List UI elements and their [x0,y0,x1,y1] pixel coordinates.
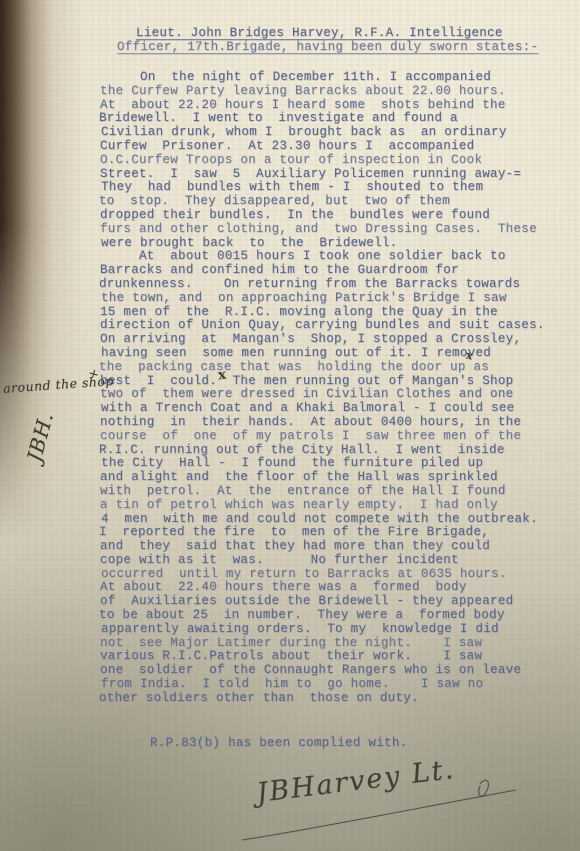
typed-line: a tin of petrol which was nearly empty. … [100,499,545,513]
typed-line: of Auxiliaries outside the Bridewell - t… [100,595,545,609]
typed-line: drunkenness. On returning from the Barra… [99,278,544,292]
typed-line: Barracks and confined him to the Guardro… [100,264,545,278]
typed-line: Officer, 17th.Brigade, having been duly … [117,41,538,55]
typed-line: with petrol. At the entrance of the Hall… [100,485,545,499]
typed-line: They had bundles with them - I shouted t… [101,181,546,195]
typed-line: Bridewell. I went to investigate and fou… [99,112,544,126]
typed-line: from India. I told him to go home. I saw… [101,678,546,692]
typed-line: R.I.C. running out of the City Hall. I w… [99,444,544,458]
typed-line: On arriving at Mangan's Shop, I stopped … [100,333,545,347]
typed-line: the Curfew Party leaving Barracks about … [100,85,545,99]
typed-line: At about 22.40 hours there was a formed … [100,581,545,595]
typed-line: Lieut. John Bridges Harvey, R.F.A. Intel… [136,27,539,41]
typed-line: On the night of December 11th. I accompa… [101,71,546,85]
typed-line: At about 22.20 hours I heard some shots … [100,99,545,113]
typed-line: not see Major Latimer during the night. … [100,637,545,651]
typed-line: nothing in their hands. At about 0400 ho… [100,416,545,430]
typed-line: cope with as it was. No further incident [100,554,545,568]
statement-heading: Lieut. John Bridges Harvey, R.F.A. Intel… [117,27,538,55]
typed-line: were brought back to the Bridewell. [101,237,546,251]
typed-line: apparently awaiting orders. To my knowle… [101,623,546,637]
typed-line: the City Hall - I found the furniture pi… [101,457,546,471]
typed-line: I reported the fire to men of the Fire B… [99,526,544,540]
typed-line: furs and other clothing, and two Dressin… [100,223,545,237]
document-photo: Lieut. John Bridges Harvey, R.F.A. Intel… [0,0,580,851]
typed-line: other soldiers other than those on duty. [99,692,544,706]
typed-line: having seen some men running out of it. … [101,347,546,361]
typed-line: one soldier of the Connaught Rangers who… [100,664,545,678]
typed-line: course of one of my patrols I saw three … [100,430,545,444]
typed-line: the packing case that was holding the do… [99,361,544,375]
typed-line: and they said that they had more than th… [100,540,545,554]
signature-block: JBHarvey Lt. [228,756,528,851]
typed-line: two of them were dressed in Civilian Clo… [100,388,545,402]
compliance-line: R.P.83(b) has been complied with. [150,737,407,751]
typed-line: Civilian drunk, whom I brought back as a… [101,126,546,140]
typed-line: O.C.Curfew Troops on a tour of inspectio… [100,154,545,168]
typed-line: with a Trench Coat and a Khaki Balmoral … [101,402,546,416]
typed-line: 4 men with me and could not compete with… [101,513,546,527]
typed-line: Curfew Prisoner. At 23.30 hours I accomp… [100,140,545,154]
statement-body: On the night of December 11th. I accompa… [100,71,545,706]
typed-line: and alight and the floor of the Hall was… [100,471,545,485]
typed-line: dropped their bundles. In the bundles we… [100,209,545,223]
typed-line: the town, and on approaching Patrick's B… [101,292,546,306]
typed-line: to be about 25 in number. They were a fo… [99,609,544,623]
typed-line: Street. I saw 5 Auxiliary Policemen runn… [100,168,545,182]
typed-line: to stop. They disappeared, but two of th… [99,195,544,209]
